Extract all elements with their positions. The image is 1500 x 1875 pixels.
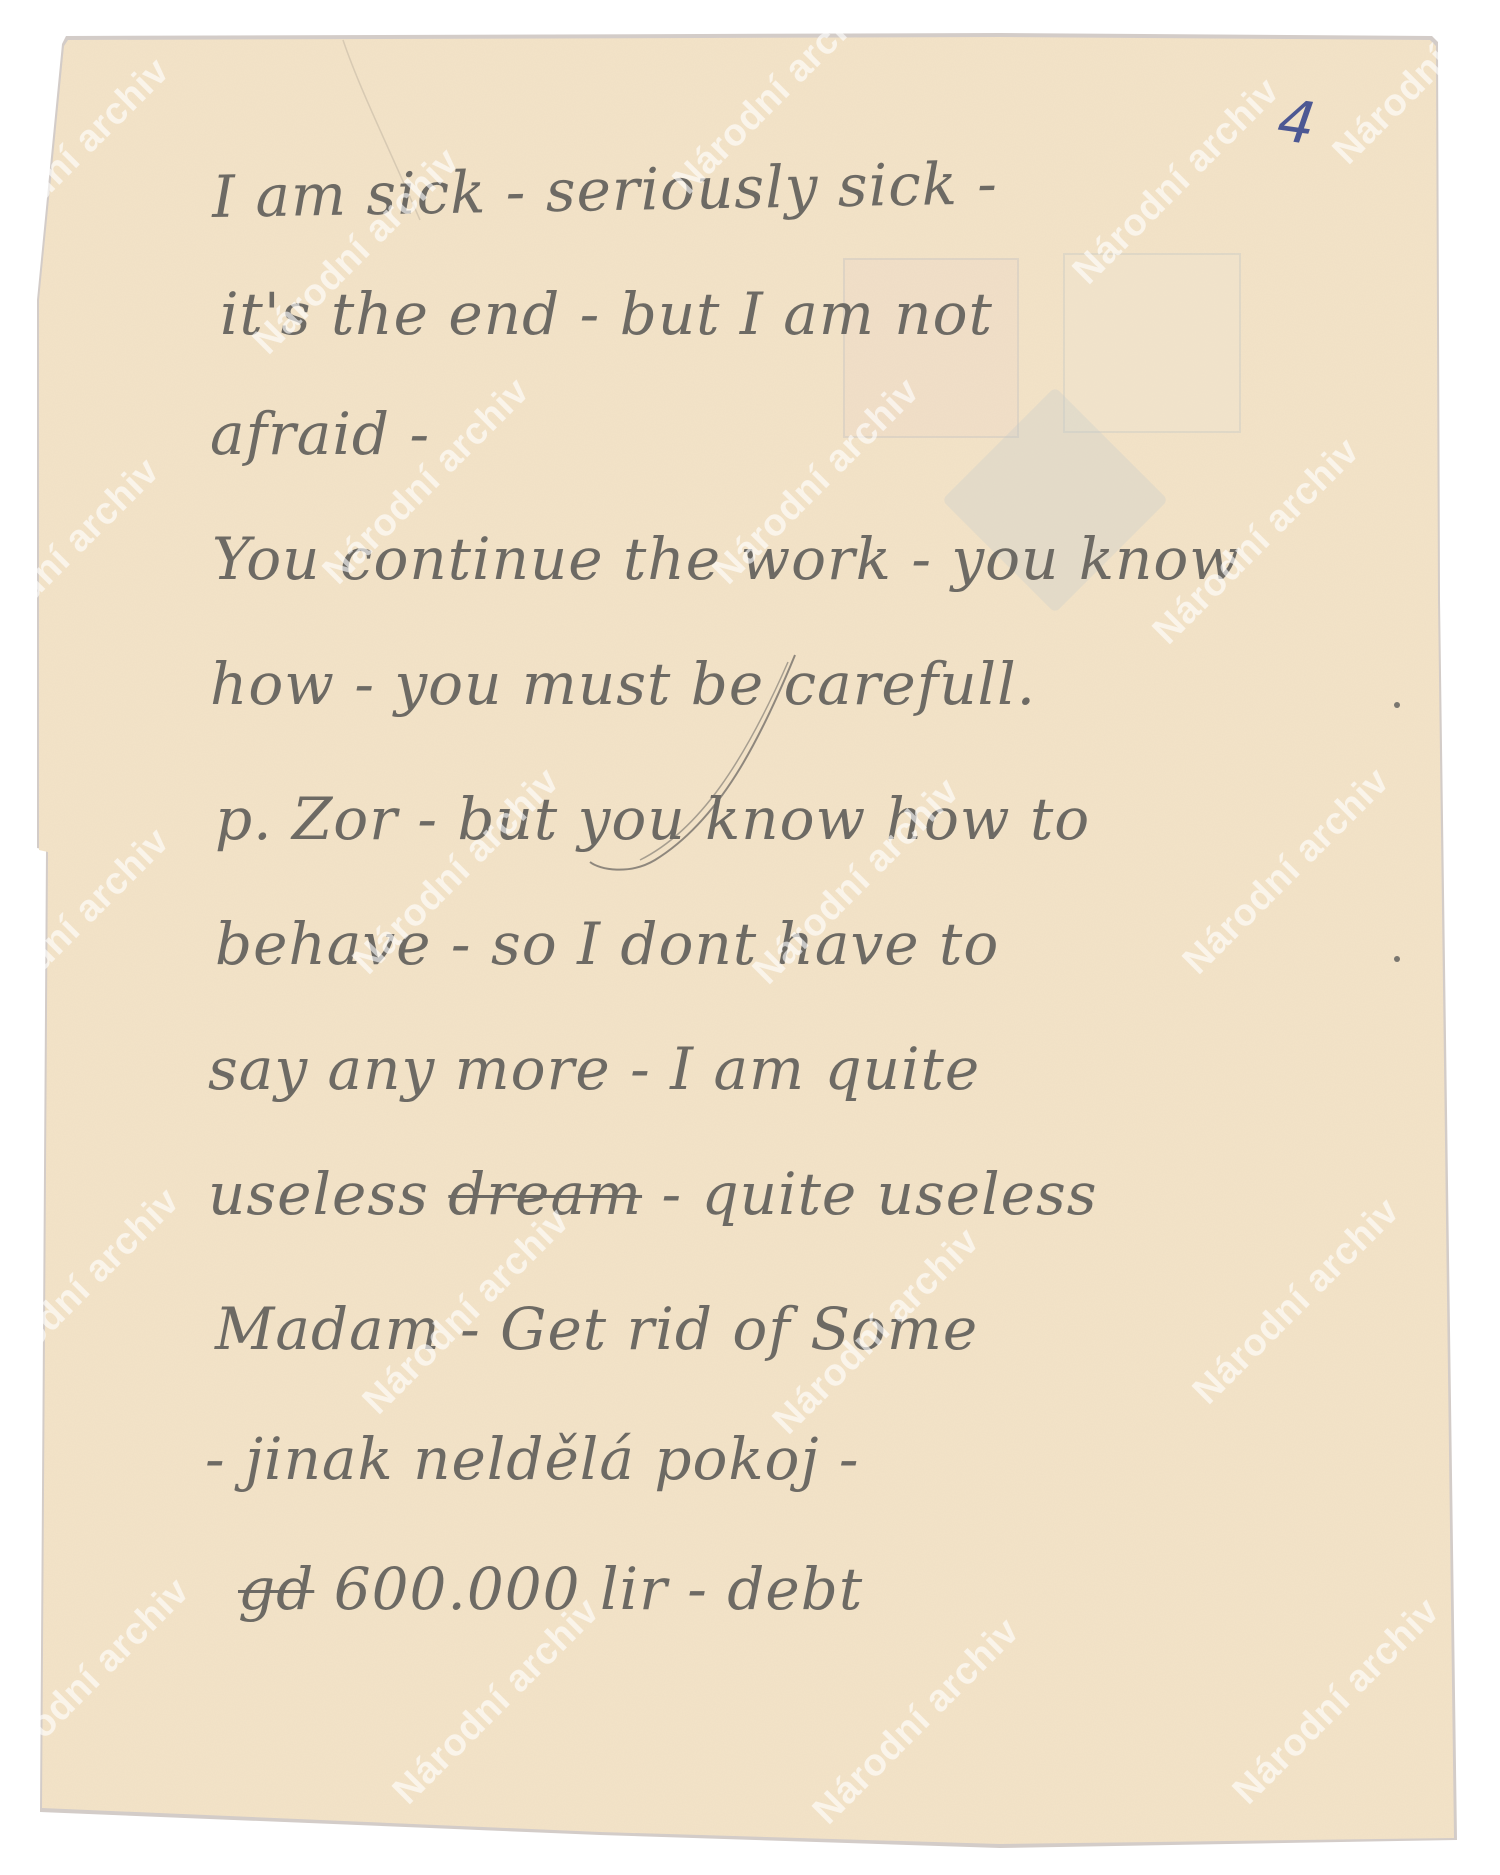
line-9-start: useless	[208, 1160, 448, 1228]
struck-word-dream: dream	[448, 1160, 642, 1228]
letter-line-3: afraid -	[210, 405, 430, 463]
letter-line-1: I am sick - seriously sick -	[211, 154, 998, 226]
letter-line-8: say any more - I am quite	[208, 1040, 980, 1098]
letter-line-9: useless dream - quite useless	[208, 1165, 1097, 1223]
letter-line-12: gd 600.000 lir - debt	[238, 1560, 863, 1618]
struck-word-gd: gd	[238, 1555, 314, 1623]
letter-line-4: You continue the work - you know	[212, 530, 1240, 588]
letter-line-7: behave - so I dont have to	[215, 915, 999, 973]
document-page: 4 I am sick - seriously sick - it's the …	[0, 0, 1500, 1875]
letter-line-11: - jinak neldělá pokoj -	[205, 1430, 859, 1488]
line-12-end: 600.000 lir - debt	[314, 1555, 863, 1623]
letter-line-10: Madam - Get rid of Some	[215, 1300, 978, 1358]
letter-line-5: how - you must be carefull.	[210, 655, 1036, 713]
ghost-stamp-right	[1063, 253, 1241, 433]
letter-line-6: p. Zor - but you know how to	[215, 790, 1090, 848]
line-9-end: - quite useless	[642, 1160, 1097, 1228]
letter-line-2: it's the end - but I am not	[220, 285, 993, 343]
